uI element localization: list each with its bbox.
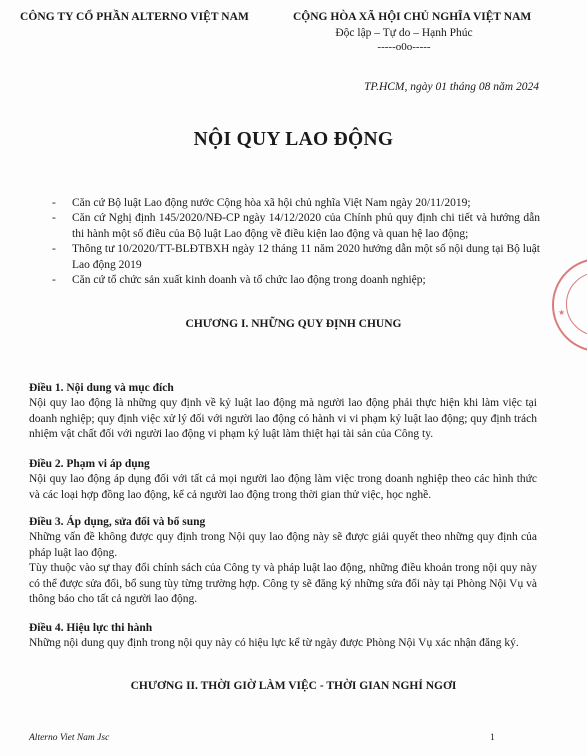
national-motto: Độc lập – Tự do – Hạnh Phúc bbox=[293, 27, 515, 39]
article-3-paragraph: Tùy thuộc vào sự thay đổi chính sách của… bbox=[29, 561, 537, 607]
footer-company: Alterno Viet Nam Jsc bbox=[29, 733, 109, 743]
chapter-2-title: CHƯƠNG II. THỜI GIỜ LÀM VIỆC - THỜI GIAN… bbox=[0, 680, 587, 692]
article-3-heading: Điều 3. Áp dụng, sửa đổi và bổ sung bbox=[29, 515, 537, 530]
document-date-text: TP.HCM, ngày 01 tháng 08 năm 2024 bbox=[364, 81, 539, 93]
chapter-1-title: CHƯƠNG I. NHỮNG QUY ĐỊNH CHUNG bbox=[0, 318, 587, 330]
article-4: Điều 4. Hiệu lực thi hành Những nội dung… bbox=[29, 621, 537, 652]
company-stamp: ★ bbox=[552, 258, 587, 352]
article-4-paragraph: Những nội dung quy định trong nội quy nà… bbox=[29, 636, 537, 651]
legal-basis-item: Thông tư 10/2020/TT-BLĐTBXH ngày 12 thán… bbox=[52, 242, 540, 273]
article-3-paragraph: Những vấn đề không được quy định trong N… bbox=[29, 530, 537, 561]
company-name: CÔNG TY CỔ PHẦN ALTERNO VIỆT NAM bbox=[20, 11, 249, 23]
national-title: CỘNG HÒA XÃ HỘI CHỦ NGHĨA VIỆT NAM bbox=[293, 11, 531, 23]
legal-basis-item: Căn cứ tổ chức sản xuất kinh doanh và tổ… bbox=[52, 273, 540, 288]
page-number: 1 bbox=[490, 733, 495, 743]
article-1-paragraph: Nội quy lao động là những quy định về kỷ… bbox=[29, 396, 537, 442]
article-1: Điều 1. Nội dung và mục đích Nội quy lao… bbox=[29, 381, 537, 443]
document-date: TP.HCM, ngày 01 tháng 08 năm 2024 bbox=[364, 81, 539, 93]
legal-basis-item: Căn cứ Bộ luật Lao động nước Cộng hòa xã… bbox=[52, 196, 540, 211]
article-3: Điều 3. Áp dụng, sửa đổi và bổ sung Nhữn… bbox=[29, 515, 537, 607]
article-4-heading: Điều 4. Hiệu lực thi hành bbox=[29, 621, 537, 636]
article-2-paragraph: Nội quy lao động áp dụng đối với tất cả … bbox=[29, 472, 537, 503]
document-title: NỘI QUY LAO ĐỘNG bbox=[0, 129, 587, 151]
article-2: Điều 2. Phạm vi áp dụng Nội quy lao động… bbox=[29, 457, 537, 503]
legal-basis-item: Căn cứ Nghị định 145/2020/NĐ-CP ngày 14/… bbox=[52, 211, 540, 242]
article-1-heading: Điều 1. Nội dung và mục đích bbox=[29, 381, 537, 396]
header-separator: -----o0o----- bbox=[293, 41, 515, 53]
stamp-star-icon: ★ bbox=[558, 308, 565, 317]
article-2-heading: Điều 2. Phạm vi áp dụng bbox=[29, 457, 537, 472]
legal-bases-list: Căn cứ Bộ luật Lao động nước Cộng hòa xã… bbox=[52, 196, 540, 288]
